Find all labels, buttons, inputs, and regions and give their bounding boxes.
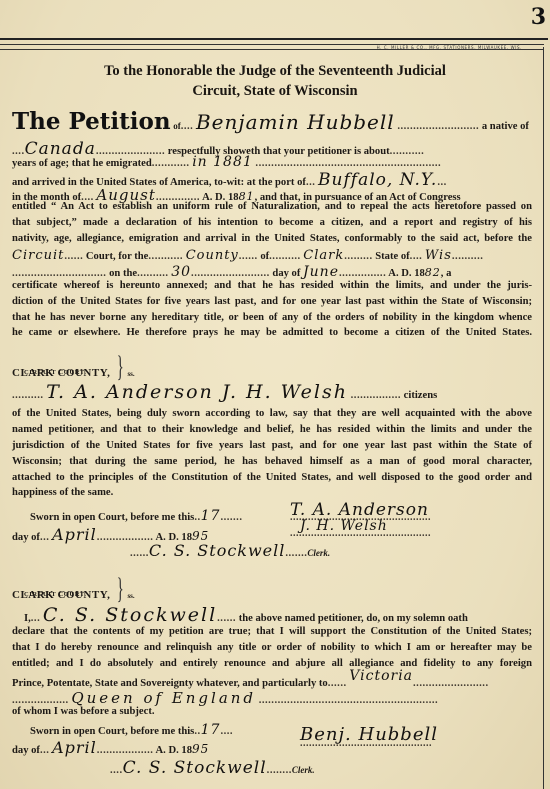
declaration-year: 82	[425, 266, 441, 279]
page-number: 3	[531, 4, 546, 30]
oath-text-1: declare that the contents of my petition…	[12, 626, 532, 637]
renounced-sovereign: Victoria	[349, 668, 413, 684]
witness-names-line: .......... T. A. Anderson J. H. Welsh ..…	[12, 381, 532, 403]
oath-clerk-line: ....C. S. Stockwell........Clerk.	[110, 758, 550, 778]
oath-sworn-month: April	[52, 738, 97, 757]
act-text-3: that subject,” made a declaration of his…	[12, 217, 532, 228]
oath-text-5: of whom I was before a subject.	[12, 706, 532, 717]
heading-line-1: To the Honorable the Judge of the Sevent…	[0, 63, 550, 80]
declaration-month: June	[303, 264, 339, 280]
naturalization-petition-page: 3 H. C. MILLER & CO., MFG. STATIONERS, M…	[0, 0, 550, 789]
witness-text-1: of the United States, being duly sworn a…	[12, 408, 532, 419]
witness-sworn-month: April	[52, 525, 97, 544]
state-name: Wis	[425, 248, 452, 263]
oath-sworn-month-line: day of... April.................. A. D. …	[12, 738, 532, 757]
cert-text-4: he came or elsewhere. He therefore prays…	[12, 327, 532, 338]
renounced-title: Queen of England	[71, 689, 256, 707]
header-rule	[0, 49, 544, 50]
right-border	[543, 47, 544, 789]
top-rule-thick	[0, 38, 548, 40]
oath-renounce-line: .................. Queen of England ....…	[12, 689, 532, 707]
declaration-date-line: .............................. on the...…	[12, 264, 532, 280]
act-text-4: nativity, age, allegiance, emigration an…	[12, 233, 532, 244]
oath-text-2: that I do hereby renounce and relinquish…	[12, 642, 532, 653]
oath-sworn-line: Sworn in open Court, before me this..17.…	[30, 722, 550, 738]
oath-text-4-line: Prince, Potentate, State and Sovereignty…	[12, 674, 532, 690]
county-word: County	[186, 248, 239, 263]
court-line: Circuit...... Court, for the........... …	[12, 248, 532, 263]
petition-title: The Petition	[12, 108, 171, 135]
witness-text-4: Wisconsin; that during the same period, …	[12, 456, 532, 467]
cert-text-3: that he has never borne any hereditary t…	[12, 312, 532, 323]
witness-names: T. A. Anderson J. H. Welsh	[46, 381, 348, 403]
oath-clerk-signature: C. S. Stockwell	[123, 758, 267, 778]
county-name: Clark	[303, 248, 344, 263]
witness-clerk-line: ......C. S. Stockwell.......Clerk.	[130, 541, 550, 560]
witness-text-5: attached to the principles of the Consti…	[12, 472, 532, 483]
act-text-2: entitled “ An Act to establish an unifor…	[12, 201, 532, 212]
witness-text-6: happiness of the same.	[12, 487, 532, 498]
heading-line-2: Circuit, State of Wisconsin	[0, 83, 550, 100]
declaration-day: 30	[171, 264, 191, 280]
petitioner-name: Benjamin Hubbell	[196, 110, 395, 134]
oath-name: C. S. Stockwell	[43, 604, 217, 626]
oath-court: CIRCUIT COURT.	[24, 588, 544, 599]
witness-court: CIRCUIT COURT.	[24, 366, 544, 377]
witness-text-2: named petitioner, and that to their know…	[12, 424, 532, 435]
oath-sworn-day: 17	[201, 722, 221, 738]
witness-clerk-signature: C. S. Stockwell	[149, 541, 285, 560]
witness-text-3: jurisdiction of the United States for fi…	[12, 440, 532, 451]
emigration-year: in 1881	[192, 154, 253, 170]
petition-title-line: The Petition of.... Benjamin Hubbell ...…	[12, 108, 532, 136]
oath-name-line: I,... C. S. Stockwell...... the above na…	[24, 604, 544, 626]
oath-text-3: entitled; and I do absolutely and entire…	[12, 658, 532, 669]
witness-sworn-day: 17	[201, 508, 221, 524]
court-type: Circuit	[12, 248, 64, 263]
cert-text-2: diction of the United States for five ye…	[12, 296, 532, 307]
oath-sworn-year: 95	[192, 742, 209, 756]
emigration-line: years of age; that he emigrated.........…	[12, 154, 532, 170]
cert-text-1: certificate whereof is hereunto annexed;…	[12, 280, 532, 291]
